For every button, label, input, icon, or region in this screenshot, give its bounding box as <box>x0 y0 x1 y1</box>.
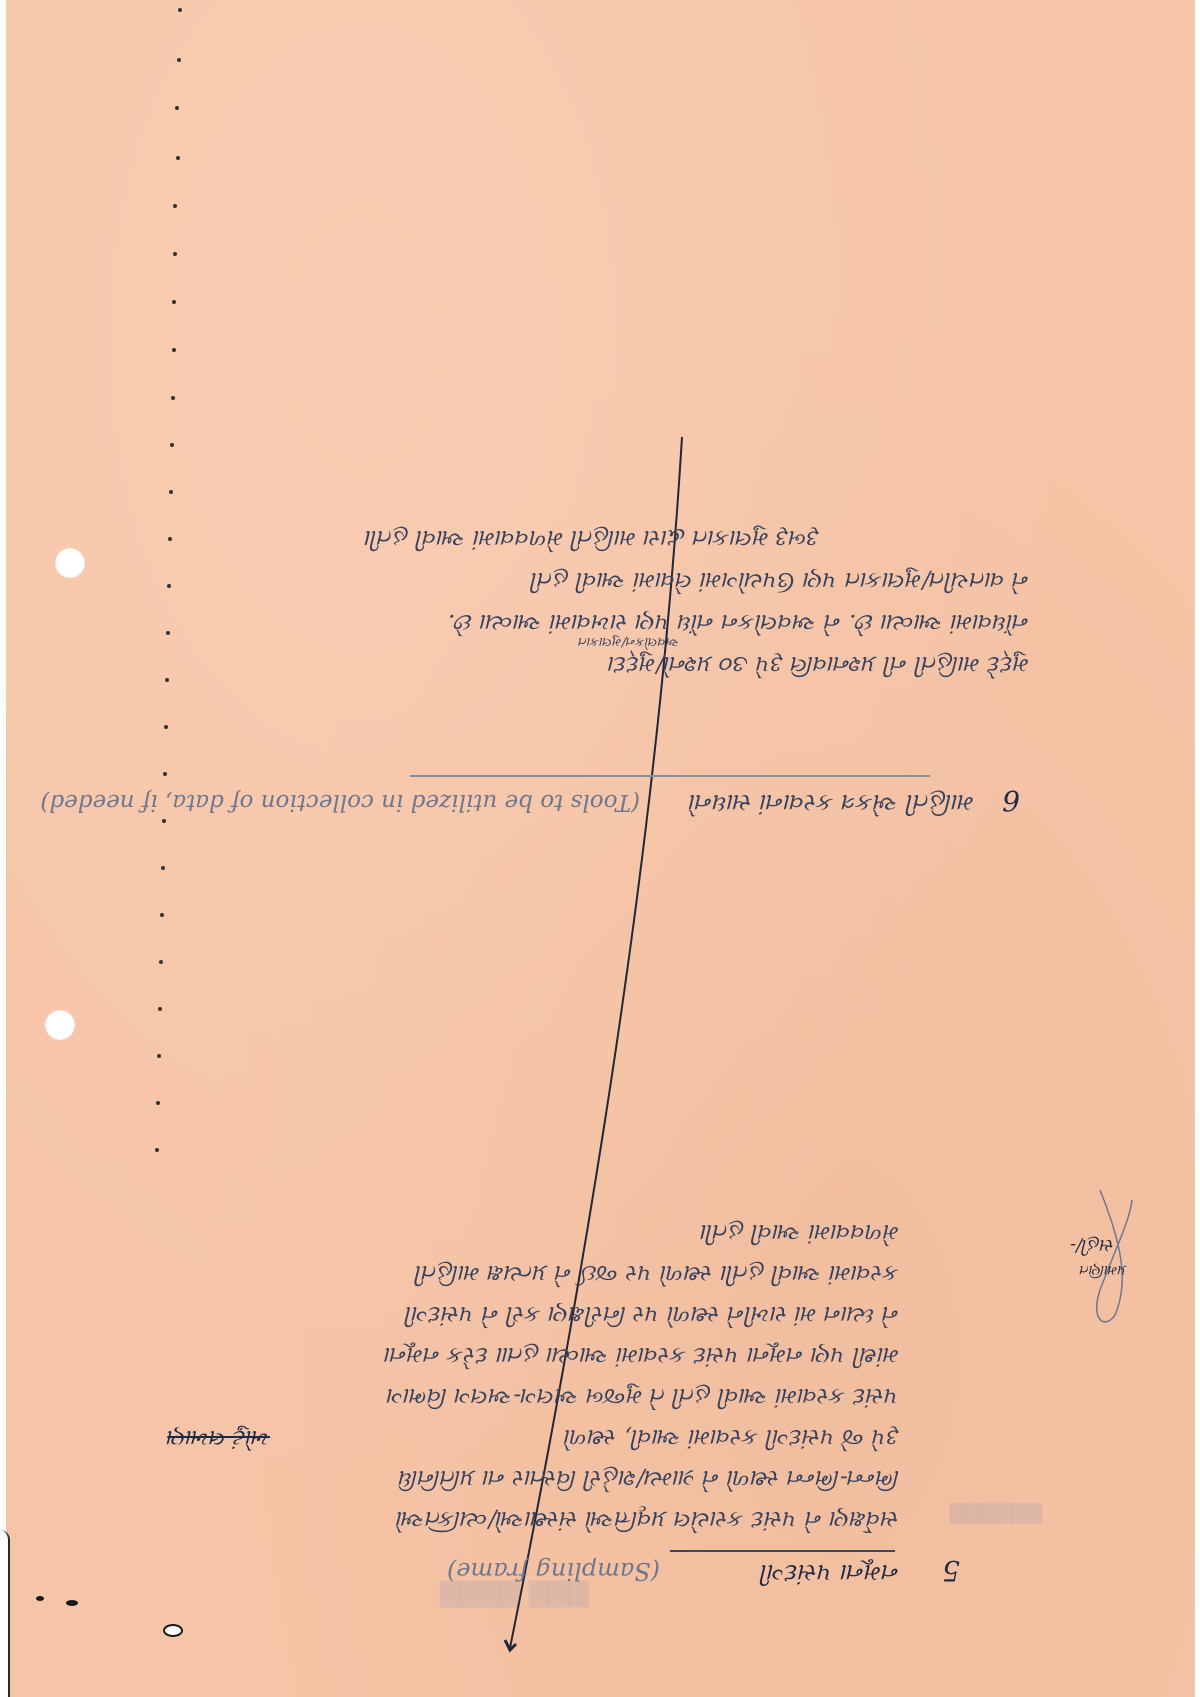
section-5-underline <box>670 1550 895 1552</box>
section-5-annotation: (Sampling frame) <box>447 1557 660 1585</box>
section-6-number: 6 <box>1002 784 1020 817</box>
section-5-line: ને ધ્યાન માં રાખીને સ્થળો પર નિરીક્ષણ કર… <box>406 1301 900 1327</box>
section-6-line: રૂબરૂ મુલાકાત દ્વારા માહિતી મેળવવામાં આવ… <box>365 525 820 551</box>
signature-text: સહી/- <box>1070 1235 1115 1256</box>
margin-signature: સહી/- પ્રમાણિત <box>1060 1180 1170 1330</box>
section-5-line: મેળવવામાં આવી હતી। <box>701 1219 900 1245</box>
section-5-number: 5 <box>942 1554 960 1587</box>
section-5-heading: નમૂના પસંદગી <box>761 1559 900 1587</box>
section-6-line: નોંધવામાં આવ્યા છે. ને અવલોકન નોંધ પણ રા… <box>448 609 1030 635</box>
section-5-line: ભિન્ન-ભિન્ન સ્થળો ને ગ્રામ્ય/શહેરી વિસ્ત… <box>399 1465 900 1491</box>
section-6-line: મુદ્દે માહિતી ની પ્રશ્નાવલિ રૂપે ૩૦ પ્રશ… <box>609 651 1030 677</box>
section-6-interlinear-note: અવલોકન/મુલાકાત <box>579 634 680 649</box>
section-5-line: સર્વેક્ષણ ને પસંદ કરાયેલ પ્રવૃત્તિઓ સંસ્… <box>397 1506 900 1532</box>
section-5-line: કરવામાં આવી હતી। સ્થળો પર જઈ ને પ્રત્યક્… <box>416 1260 900 1286</box>
rotated-handwriting-layer: 5 નમૂના પસંદગી (Sampling frame) સર્વેક્ષ… <box>0 0 1200 1697</box>
section-5-struck-text: ખોટું લખાણ <box>167 1425 270 1450</box>
section-5-line: પસંદ કરવામાં આવી હતી તે મુજબ અલગ-અલગ વિભ… <box>387 1383 900 1409</box>
section-6-heading: માહિતી એકત્ર કરવાનાં સાધનો <box>689 789 975 817</box>
section-5-line: માંથી પણ નમૂના પસંદ કરવામાં આવ્યા હતા। દ… <box>385 1342 900 1368</box>
section-6-underline <box>410 775 930 777</box>
signature-subtext: પ્રમાણિત <box>1080 1262 1127 1278</box>
section-6-line: ને વાતચીત/મુલાકાત પણ ઉપયોગમાં લેવામાં આવ… <box>531 567 1030 593</box>
section-5-line: રૂપે જે પસંદગી કરવામાં આવી, સ્થળો <box>565 1424 900 1450</box>
section-6-annotation: (Tools to be utilized in collection of d… <box>40 789 640 815</box>
